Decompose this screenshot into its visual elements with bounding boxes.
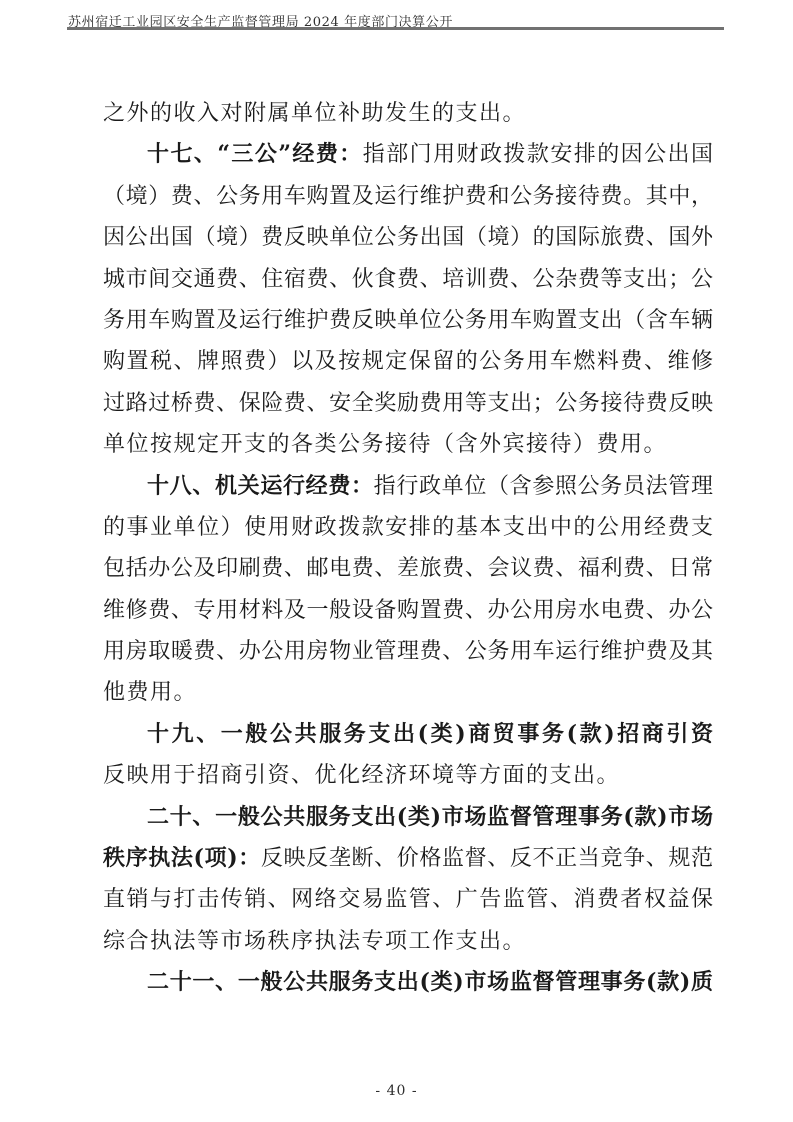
body-line: 过路过桥费、保险费、安全奖励费用等支出；公务接待费反映 bbox=[103, 383, 713, 424]
body-line: 用房取暖费、办公用房物业管理费、公务用车运行维护费及其 bbox=[103, 631, 713, 672]
body-line: 单位按规定开支的各类公务接待（含外宾接待）费用。 bbox=[103, 424, 713, 465]
page-footer: - 40 - bbox=[0, 1083, 793, 1099]
text-segment: 务用车购置及运行维护费反映单位公务用车购置支出（含车辆 bbox=[103, 308, 713, 333]
body-line: 购置税、牌照费）以及按规定保留的公务用车燃料费、维修费、 bbox=[103, 341, 713, 382]
bold-text-segment: 秩序执法(项)： bbox=[103, 845, 261, 871]
document-body: 之外的收入对附属单位补助发生的支出。十七、“三公”经费：指部门用财政拨款安排的因… bbox=[103, 93, 713, 1004]
body-line: 的事业单位）使用财政拨款安排的基本支出中的公用经费支出， bbox=[103, 507, 713, 548]
text-segment: 单位按规定开支的各类公务接待（含外宾接待）费用。 bbox=[103, 432, 667, 457]
bold-text-segment: 二十一、一般公共服务支出(类)市场监督管理事务(款)质 bbox=[147, 969, 713, 995]
body-line: 他费用。 bbox=[103, 672, 713, 713]
text-segment: 反映反垄断、价格监督、反不正当竞争、规范 bbox=[261, 846, 713, 871]
document-page: 苏州宿迁工业园区安全生产监督管理局 2024 年度部门决算公开 之外的收入对附属… bbox=[0, 0, 793, 1122]
header-rule bbox=[67, 27, 724, 30]
body-line: 十九、一般公共服务支出(类)商贸事务(款)招商引资(项)： bbox=[103, 714, 713, 755]
text-segment: 城市间交通费、住宿费、伙食费、培训费、公杂费等支出；公 bbox=[103, 267, 713, 292]
text-segment: 的事业单位）使用财政拨款安排的基本支出中的公用经费支出， bbox=[103, 515, 713, 548]
text-segment: 综合执法等市场秩序执法专项工作支出。 bbox=[103, 929, 526, 954]
body-line: 因公出国（境）费反映单位公务出国（境）的国际旅费、国外 bbox=[103, 217, 713, 258]
bold-text-segment: 十七、“三公”经费： bbox=[147, 141, 363, 167]
text-segment: 过路过桥费、保险费、安全奖励费用等支出；公务接待费反映 bbox=[103, 391, 713, 416]
body-line: （境）费、公务用车购置及运行维护费和公务接待费。其中， bbox=[103, 176, 713, 217]
body-line: 反映用于招商引资、优化经济环境等方面的支出。 bbox=[103, 755, 713, 796]
body-line: 二十、一般公共服务支出(类)市场监督管理事务(款)市场 bbox=[103, 797, 713, 838]
body-line: 务用车购置及运行维护费反映单位公务用车购置支出（含车辆 bbox=[103, 300, 713, 341]
text-segment: 因公出国（境）费反映单位公务出国（境）的国际旅费、国外 bbox=[103, 225, 713, 250]
bold-text-segment: 十九、一般公共服务支出(类)商贸事务(款)招商引资(项)： bbox=[147, 721, 713, 755]
bold-text-segment: 十八、机关运行经费： bbox=[147, 473, 374, 499]
text-segment: 用房取暖费、办公用房物业管理费、公务用车运行维护费及其 bbox=[103, 639, 713, 664]
body-line: 之外的收入对附属单位补助发生的支出。 bbox=[103, 93, 713, 134]
text-segment: 指行政单位（含参照公务员法管理 bbox=[374, 474, 713, 499]
body-line: 十七、“三公”经费：指部门用财政拨款安排的因公出国 bbox=[103, 134, 713, 175]
page-number: - 40 - bbox=[375, 1083, 417, 1099]
text-segment: （境）费、公务用车购置及运行维护费和公务接待费。其中， bbox=[103, 184, 713, 209]
body-line: 综合执法等市场秩序执法专项工作支出。 bbox=[103, 921, 713, 962]
text-segment: 直销与打击传销、网络交易监管、广告监管、消费者权益保护、 bbox=[103, 887, 713, 920]
text-segment: 反映用于招商引资、优化经济环境等方面的支出。 bbox=[103, 763, 620, 788]
bold-text-segment: 二十、一般公共服务支出(类)市场监督管理事务(款)市场 bbox=[147, 804, 713, 830]
body-line: 二十一、一般公共服务支出(类)市场监督管理事务(款)质 bbox=[103, 962, 713, 1003]
text-segment: 指部门用财政拨款安排的因公出国 bbox=[363, 142, 713, 167]
text-segment: 他费用。 bbox=[103, 680, 197, 705]
body-line: 维修费、专用材料及一般设备购置费、办公用房水电费、办公 bbox=[103, 590, 713, 631]
text-segment: 购置税、牌照费）以及按规定保留的公务用车燃料费、维修费、 bbox=[103, 349, 713, 382]
text-segment: 之外的收入对附属单位补助发生的支出。 bbox=[103, 101, 526, 126]
body-line: 包括办公及印刷费、邮电费、差旅费、会议费、福利费、日常 bbox=[103, 548, 713, 589]
text-segment: 包括办公及印刷费、邮电费、差旅费、会议费、福利费、日常 bbox=[103, 556, 713, 581]
text-segment: 维修费、专用材料及一般设备购置费、办公用房水电费、办公 bbox=[103, 598, 713, 623]
body-line: 十八、机关运行经费：指行政单位（含参照公务员法管理 bbox=[103, 466, 713, 507]
body-line: 秩序执法(项)：反映反垄断、价格监督、反不正当竞争、规范 bbox=[103, 838, 713, 879]
body-line: 直销与打击传销、网络交易监管、广告监管、消费者权益保护、 bbox=[103, 879, 713, 920]
body-line: 城市间交通费、住宿费、伙食费、培训费、公杂费等支出；公 bbox=[103, 259, 713, 300]
